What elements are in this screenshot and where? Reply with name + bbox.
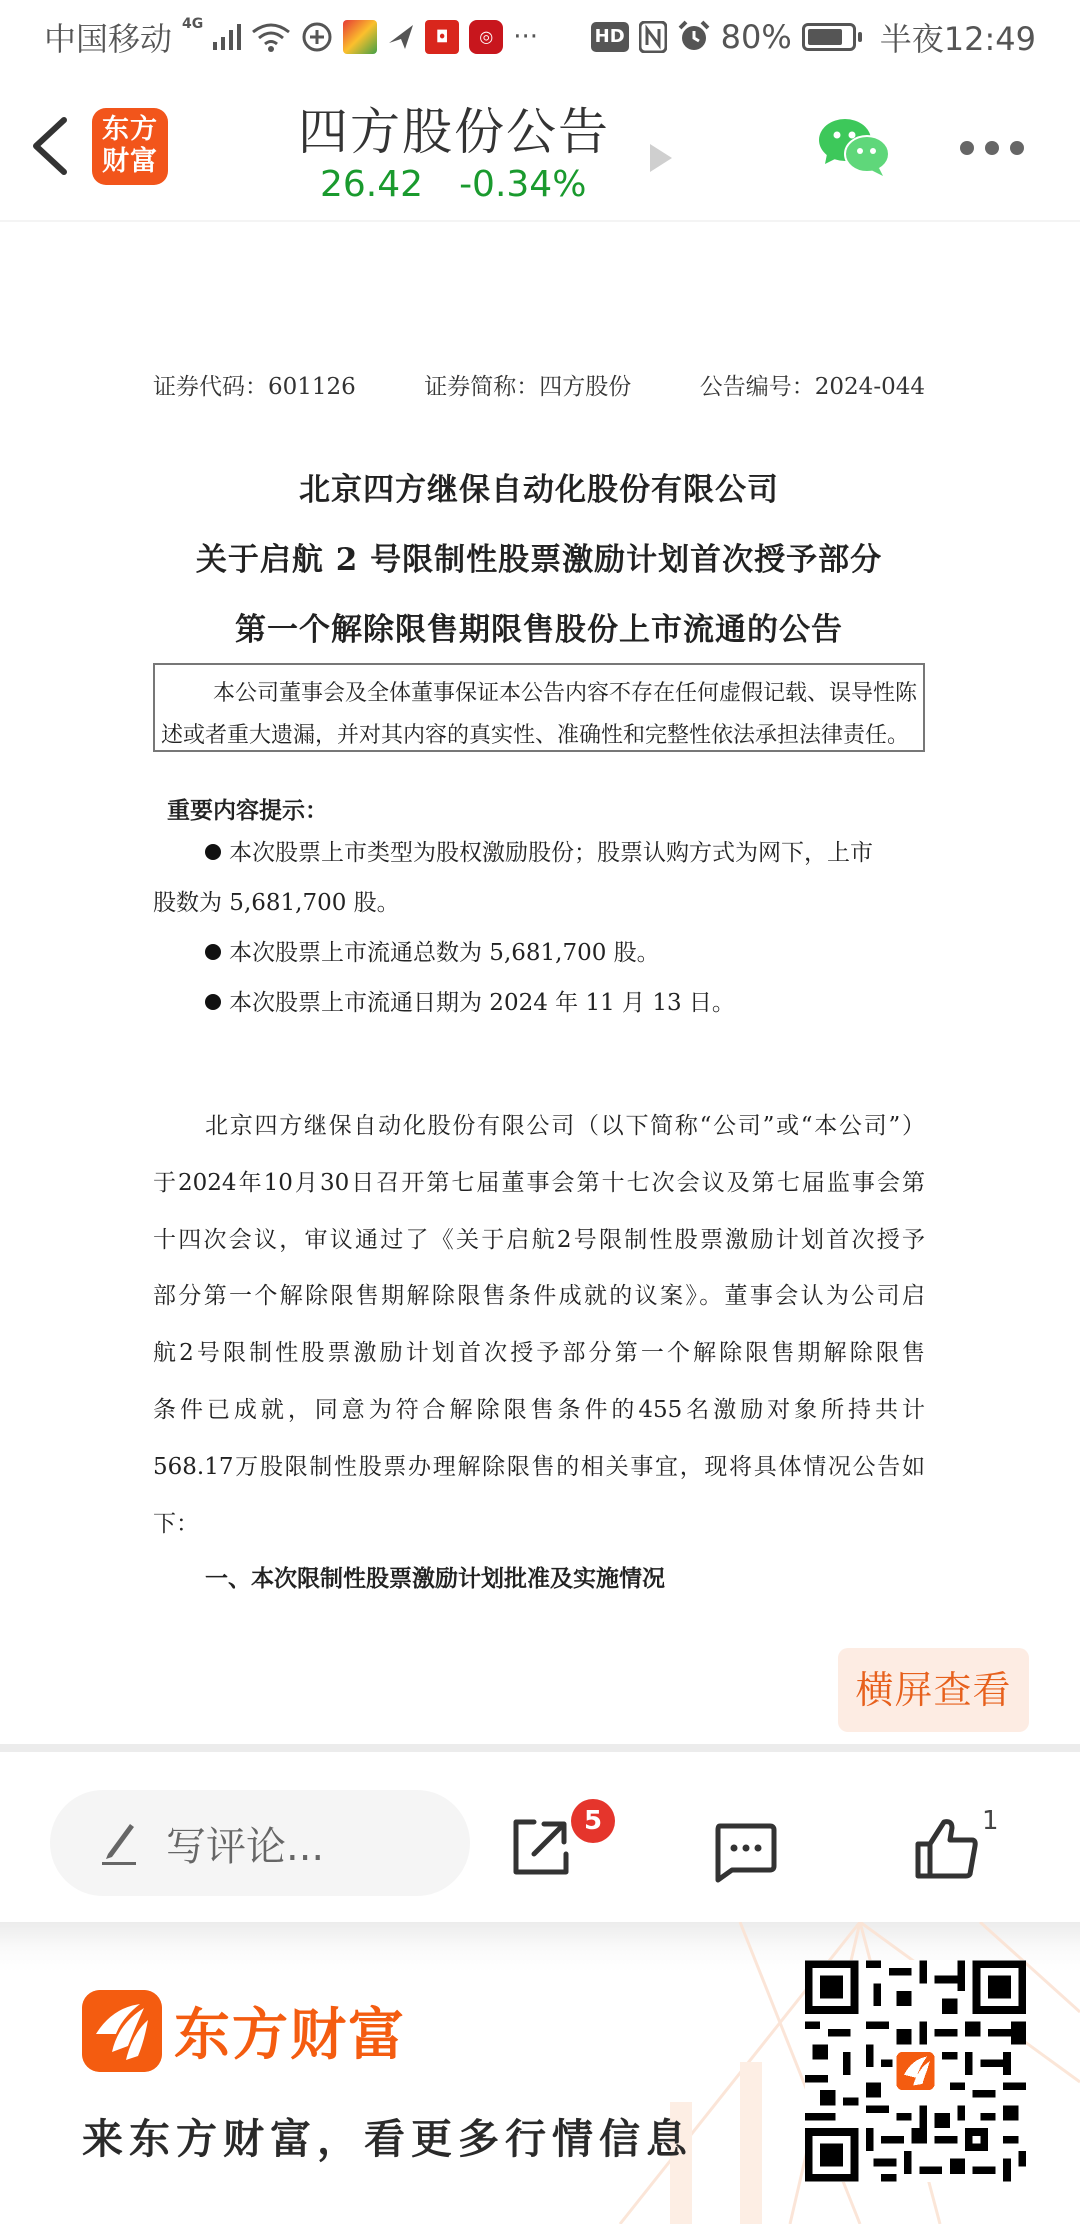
pencil-icon: [100, 1820, 140, 1866]
more-dots-icon[interactable]: [960, 136, 1024, 160]
page-header: 东方财富 四方股份公告 26.42 -0.34%: [0, 76, 1080, 222]
bullet-dot-icon: [205, 844, 221, 860]
landscape-view-button[interactable]: 横屏查看: [838, 1648, 1029, 1732]
app-notification-icon: [343, 20, 377, 54]
body-paragraph: 北京四方继保自动化股份有限公司（以下简称“公司”或“本公司”） 于2024年10…: [153, 1098, 925, 1552]
chevron-left-icon[interactable]: [26, 114, 76, 178]
app-logo[interactable]: 东方财富: [92, 108, 168, 185]
battery-icon: [802, 23, 856, 51]
wifi-icon: [251, 22, 291, 52]
key-point-item: 本次股票上市类型为股权激励股份；股票认购方式为网下，上市 股数为 5,681,7…: [153, 828, 925, 928]
status-bar: 中国移动 4G ◘ ◎ ··· HD 80% 半夜12:49: [0, 0, 1080, 76]
app-notification-icon: ◎: [469, 20, 503, 54]
network-type: 4G: [182, 16, 203, 32]
carrier-name: 中国移动: [44, 14, 172, 60]
stock-quote: 26.42 -0.34%: [320, 164, 586, 205]
wechat-icon[interactable]: [817, 118, 891, 176]
bottom-action-bar: 写评论... 5 1: [0, 1744, 1080, 1922]
hd-icon: HD: [591, 22, 629, 52]
nfc-icon: [639, 21, 667, 53]
signal-icon: [213, 24, 241, 50]
brand-name: 东方财富: [174, 1991, 406, 2071]
security-name: 证券简称：四方股份: [424, 368, 631, 401]
more-notifications-icon: ···: [513, 20, 538, 54]
stock-price: 26.42: [320, 164, 423, 205]
bullet-dot-icon: [205, 994, 221, 1010]
battery-percent: 80%: [721, 18, 792, 56]
security-code: 证券代码：601126: [153, 368, 356, 401]
share-icon[interactable]: [510, 1816, 572, 1878]
promo-banner[interactable]: 东方财富 来东方财富，看更多行情信息: [0, 1922, 1080, 2224]
bullet-dot-icon: [205, 944, 221, 960]
like-count: 1: [982, 1806, 999, 1836]
clock: 半夜12:49: [880, 14, 1036, 60]
section-heading: 一、本次限制性股票激励计划批准及实施情况: [205, 1560, 665, 1593]
thumbs-up-icon[interactable]: [914, 1816, 980, 1880]
promo-slogan: 来东方财富，看更多行情信息: [82, 2106, 693, 2165]
data-saver-icon: [301, 21, 333, 53]
share-count-badge: 5: [571, 1799, 615, 1843]
play-triangle-icon[interactable]: [650, 144, 672, 172]
stock-change: -0.34%: [459, 164, 586, 205]
security-info-line: 证券代码：601126 证券简称：四方股份 公告编号：2024-044: [153, 368, 925, 401]
comment-placeholder: 写评论...: [166, 1815, 324, 1872]
key-point-item: 本次股票上市流通日期为 2024 年 11 月 13 日。: [153, 978, 925, 1028]
disclaimer-box: 本公司董事会及全体董事保证本公告内容不存在任何虚假记载、误导性陈 述或者重大遗漏…: [153, 663, 925, 752]
comment-icon[interactable]: [712, 1822, 778, 1884]
eastmoney-logo-icon: [82, 1990, 162, 2072]
qr-code[interactable]: [805, 1960, 1026, 2182]
page-title[interactable]: 四方股份公告: [298, 92, 610, 164]
key-points-heading: 重要内容提示：: [167, 792, 328, 825]
announcement-number: 公告编号：2024-044: [700, 368, 925, 401]
alarm-icon: [677, 20, 711, 54]
send-icon: [387, 23, 415, 51]
disclaimer-line: 本公司董事会及全体董事保证本公告内容不存在任何虚假记载、误导性陈: [161, 673, 917, 715]
app-notification-icon: ◘: [425, 20, 459, 54]
status-bar-right: HD 80% 半夜12:49: [591, 14, 1036, 60]
document-title-line: 第一个解除限售期限售股份上市流通的公告: [153, 604, 925, 649]
key-point-item: 本次股票上市流通总数为 5,681,700 股。: [153, 928, 925, 978]
document-title-line: 关于启航 2 号限制性股票激励计划首次授予部分: [153, 534, 925, 579]
status-bar-left: 中国移动 4G ◘ ◎ ···: [44, 14, 538, 60]
comment-input[interactable]: 写评论...: [50, 1790, 470, 1896]
document-title-line: 北京四方继保自动化股份有限公司: [153, 464, 925, 509]
brand-logo: 东方财富: [82, 1990, 406, 2072]
disclaimer-line: 述或者重大遗漏，并对其内容的真实性、准确性和完整性依法承担法律责任。: [161, 715, 917, 757]
